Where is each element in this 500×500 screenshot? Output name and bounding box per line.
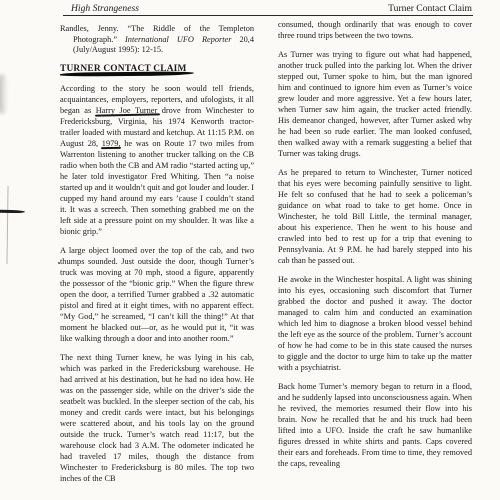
running-head-entry-title: Turner Contact Claim xyxy=(388,3,472,14)
running-head: High Strangeness Turner Contact Claim xyxy=(63,3,472,14)
scanned-page: High Strangeness Turner Contact Claim Ra… xyxy=(0,0,500,500)
paragraph-memory-return: Back home Turner’s memory began to retur… xyxy=(278,381,472,469)
paragraph-large-object: A large object loomed over the top of th… xyxy=(60,245,254,344)
right-column: consumed, though ordinarily that was eno… xyxy=(278,19,472,500)
pen-underlined-name: Harry Joe Turner xyxy=(96,106,158,115)
paragraph-parking-lot: As Turner was trying to figure out what … xyxy=(278,49,472,159)
header-rule xyxy=(63,15,473,16)
bibliography-entry: Randles, Jenny. “The Riddle of the Templ… xyxy=(60,24,254,56)
entry-heading-text: TURNER CONTACT CLAIM xyxy=(60,64,187,74)
left-column: Randles, Jenny. “The Riddle of the Templ… xyxy=(60,24,254,500)
pen-underlined-year: 1979 xyxy=(102,139,119,148)
running-head-book-title: High Strangeness xyxy=(63,3,139,14)
bib-journal-title: International UFO Reporter xyxy=(125,35,231,44)
paragraph-hospital: He awoke in the Winchester hospital. A l… xyxy=(278,274,472,373)
text-segment: , he was on Route 17 two miles from Warr… xyxy=(60,139,254,236)
paragraph-next-thing: The next thing Turner knew, he was lying… xyxy=(60,352,254,484)
ink-dot-artifact xyxy=(58,262,60,264)
paragraph-intro: According to the story he soon would tel… xyxy=(60,83,254,237)
scan-smudge-artifact xyxy=(0,74,8,114)
margin-pen-dash xyxy=(0,210,25,213)
margin-pen-trail xyxy=(6,186,8,264)
entry-heading: TURNER CONTACT CLAIM xyxy=(60,63,187,75)
paragraph-return-winchester: As he prepared to return to Winchester, … xyxy=(278,167,472,266)
paragraph-consumed: consumed, though ordinarily that was eno… xyxy=(278,19,472,41)
